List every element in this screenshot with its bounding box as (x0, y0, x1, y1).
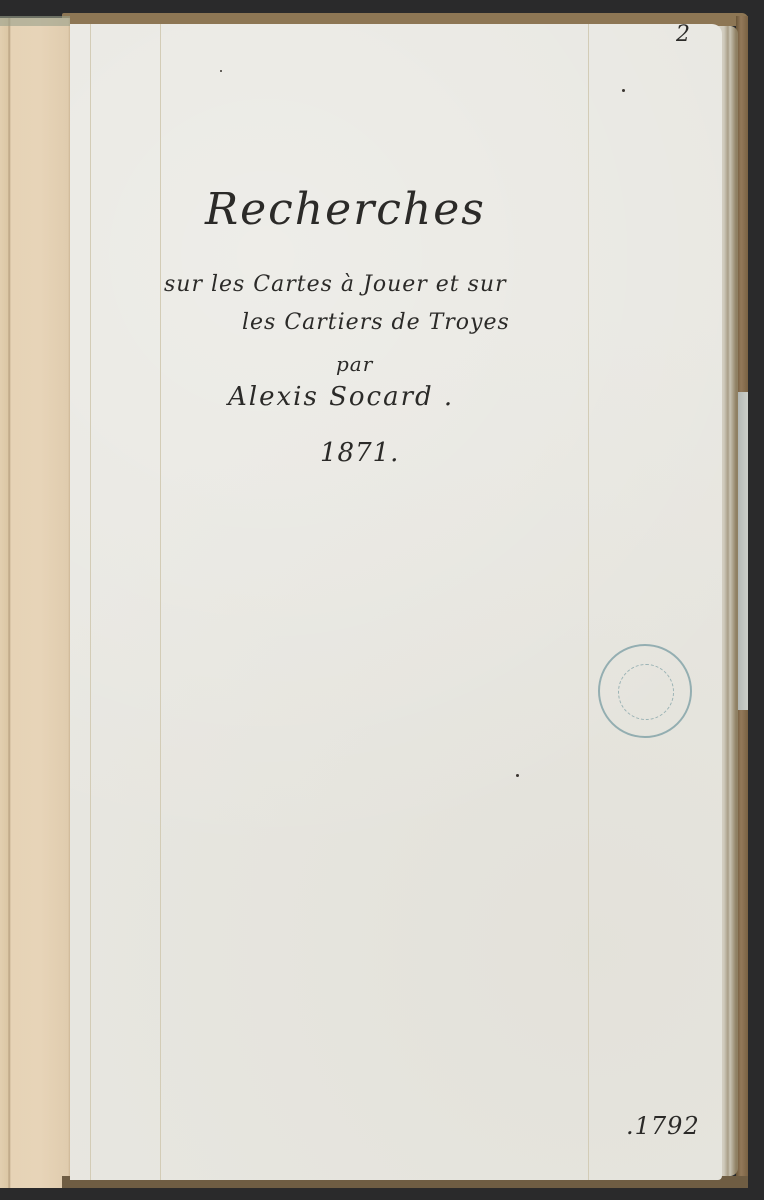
binding-tape (0, 16, 70, 26)
ink-spot (220, 70, 222, 72)
ruling-line (90, 24, 91, 1180)
subtitle-line-2: les Cartiers de Troyes (242, 310, 510, 335)
year: 1871. (320, 438, 399, 468)
shelfmark: .1792 (626, 1112, 700, 1140)
subtitle-line-1: sur les Cartes à Jouer et sur (164, 272, 507, 297)
stamp-crest-icon (618, 664, 674, 720)
inserted-slip (738, 392, 748, 710)
ink-spot (516, 774, 519, 777)
by-label: par (336, 352, 373, 376)
library-stamp: BIBLIOTHÈQUE DE LA VILLE DE TROYES (598, 644, 692, 738)
ink-spot (622, 89, 625, 92)
folio-number: 2 (676, 22, 691, 47)
left-binding-board (0, 18, 70, 1188)
ruling-line (160, 24, 161, 1180)
manuscript-page: 2 Recherches sur les Cartes à Jouer et s… (70, 24, 722, 1180)
manuscript-scan: 2 Recherches sur les Cartes à Jouer et s… (0, 0, 764, 1200)
author-name: Alexis Socard . (228, 382, 454, 412)
page-title: Recherches (205, 184, 486, 235)
ruling-line (588, 24, 589, 1180)
